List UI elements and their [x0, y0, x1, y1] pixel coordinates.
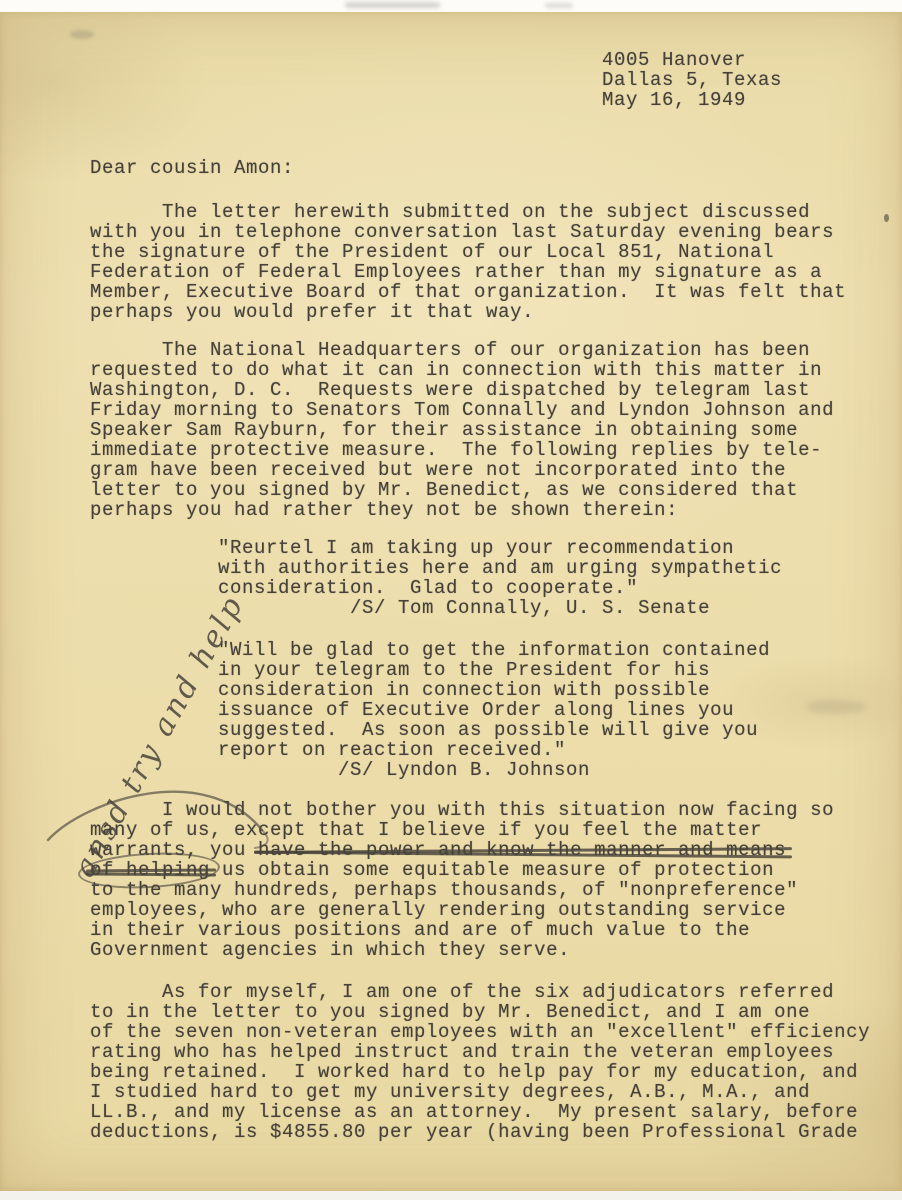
struck-phrase-power-text: have the power and know the manner and m…	[258, 839, 786, 861]
scanner-smudge	[345, 2, 440, 8]
telegram-quote-connally: "Reurtel I am taking up your recommendat…	[218, 538, 874, 618]
sender-address-date: 4005 Hanover Dallas 5, Texas May 16, 194…	[602, 50, 874, 110]
paragraph-2: The National Headquarters of our organiz…	[90, 340, 874, 520]
letter-page: 4005 Hanover Dallas 5, Texas May 16, 194…	[0, 12, 902, 1191]
paper-speck	[884, 214, 889, 222]
scan-background: 4005 Hanover Dallas 5, Texas May 16, 194…	[0, 0, 902, 1200]
scanner-smudge	[545, 3, 573, 8]
struck-phrase-power: have the power and know the manner and m…	[258, 839, 786, 861]
salutation: Dear cousin Amon:	[90, 158, 874, 178]
paper-speck	[70, 30, 94, 39]
paper-stain	[806, 700, 866, 714]
telegram-quote-johnson: "Will be glad to get the information con…	[218, 640, 874, 780]
paragraph-3: I would not bother you with this situati…	[90, 800, 874, 960]
paragraph-4: As for myself, I am one of the six adjud…	[90, 982, 874, 1142]
paragraph-1: The letter herewith submitted on the sub…	[90, 202, 874, 322]
